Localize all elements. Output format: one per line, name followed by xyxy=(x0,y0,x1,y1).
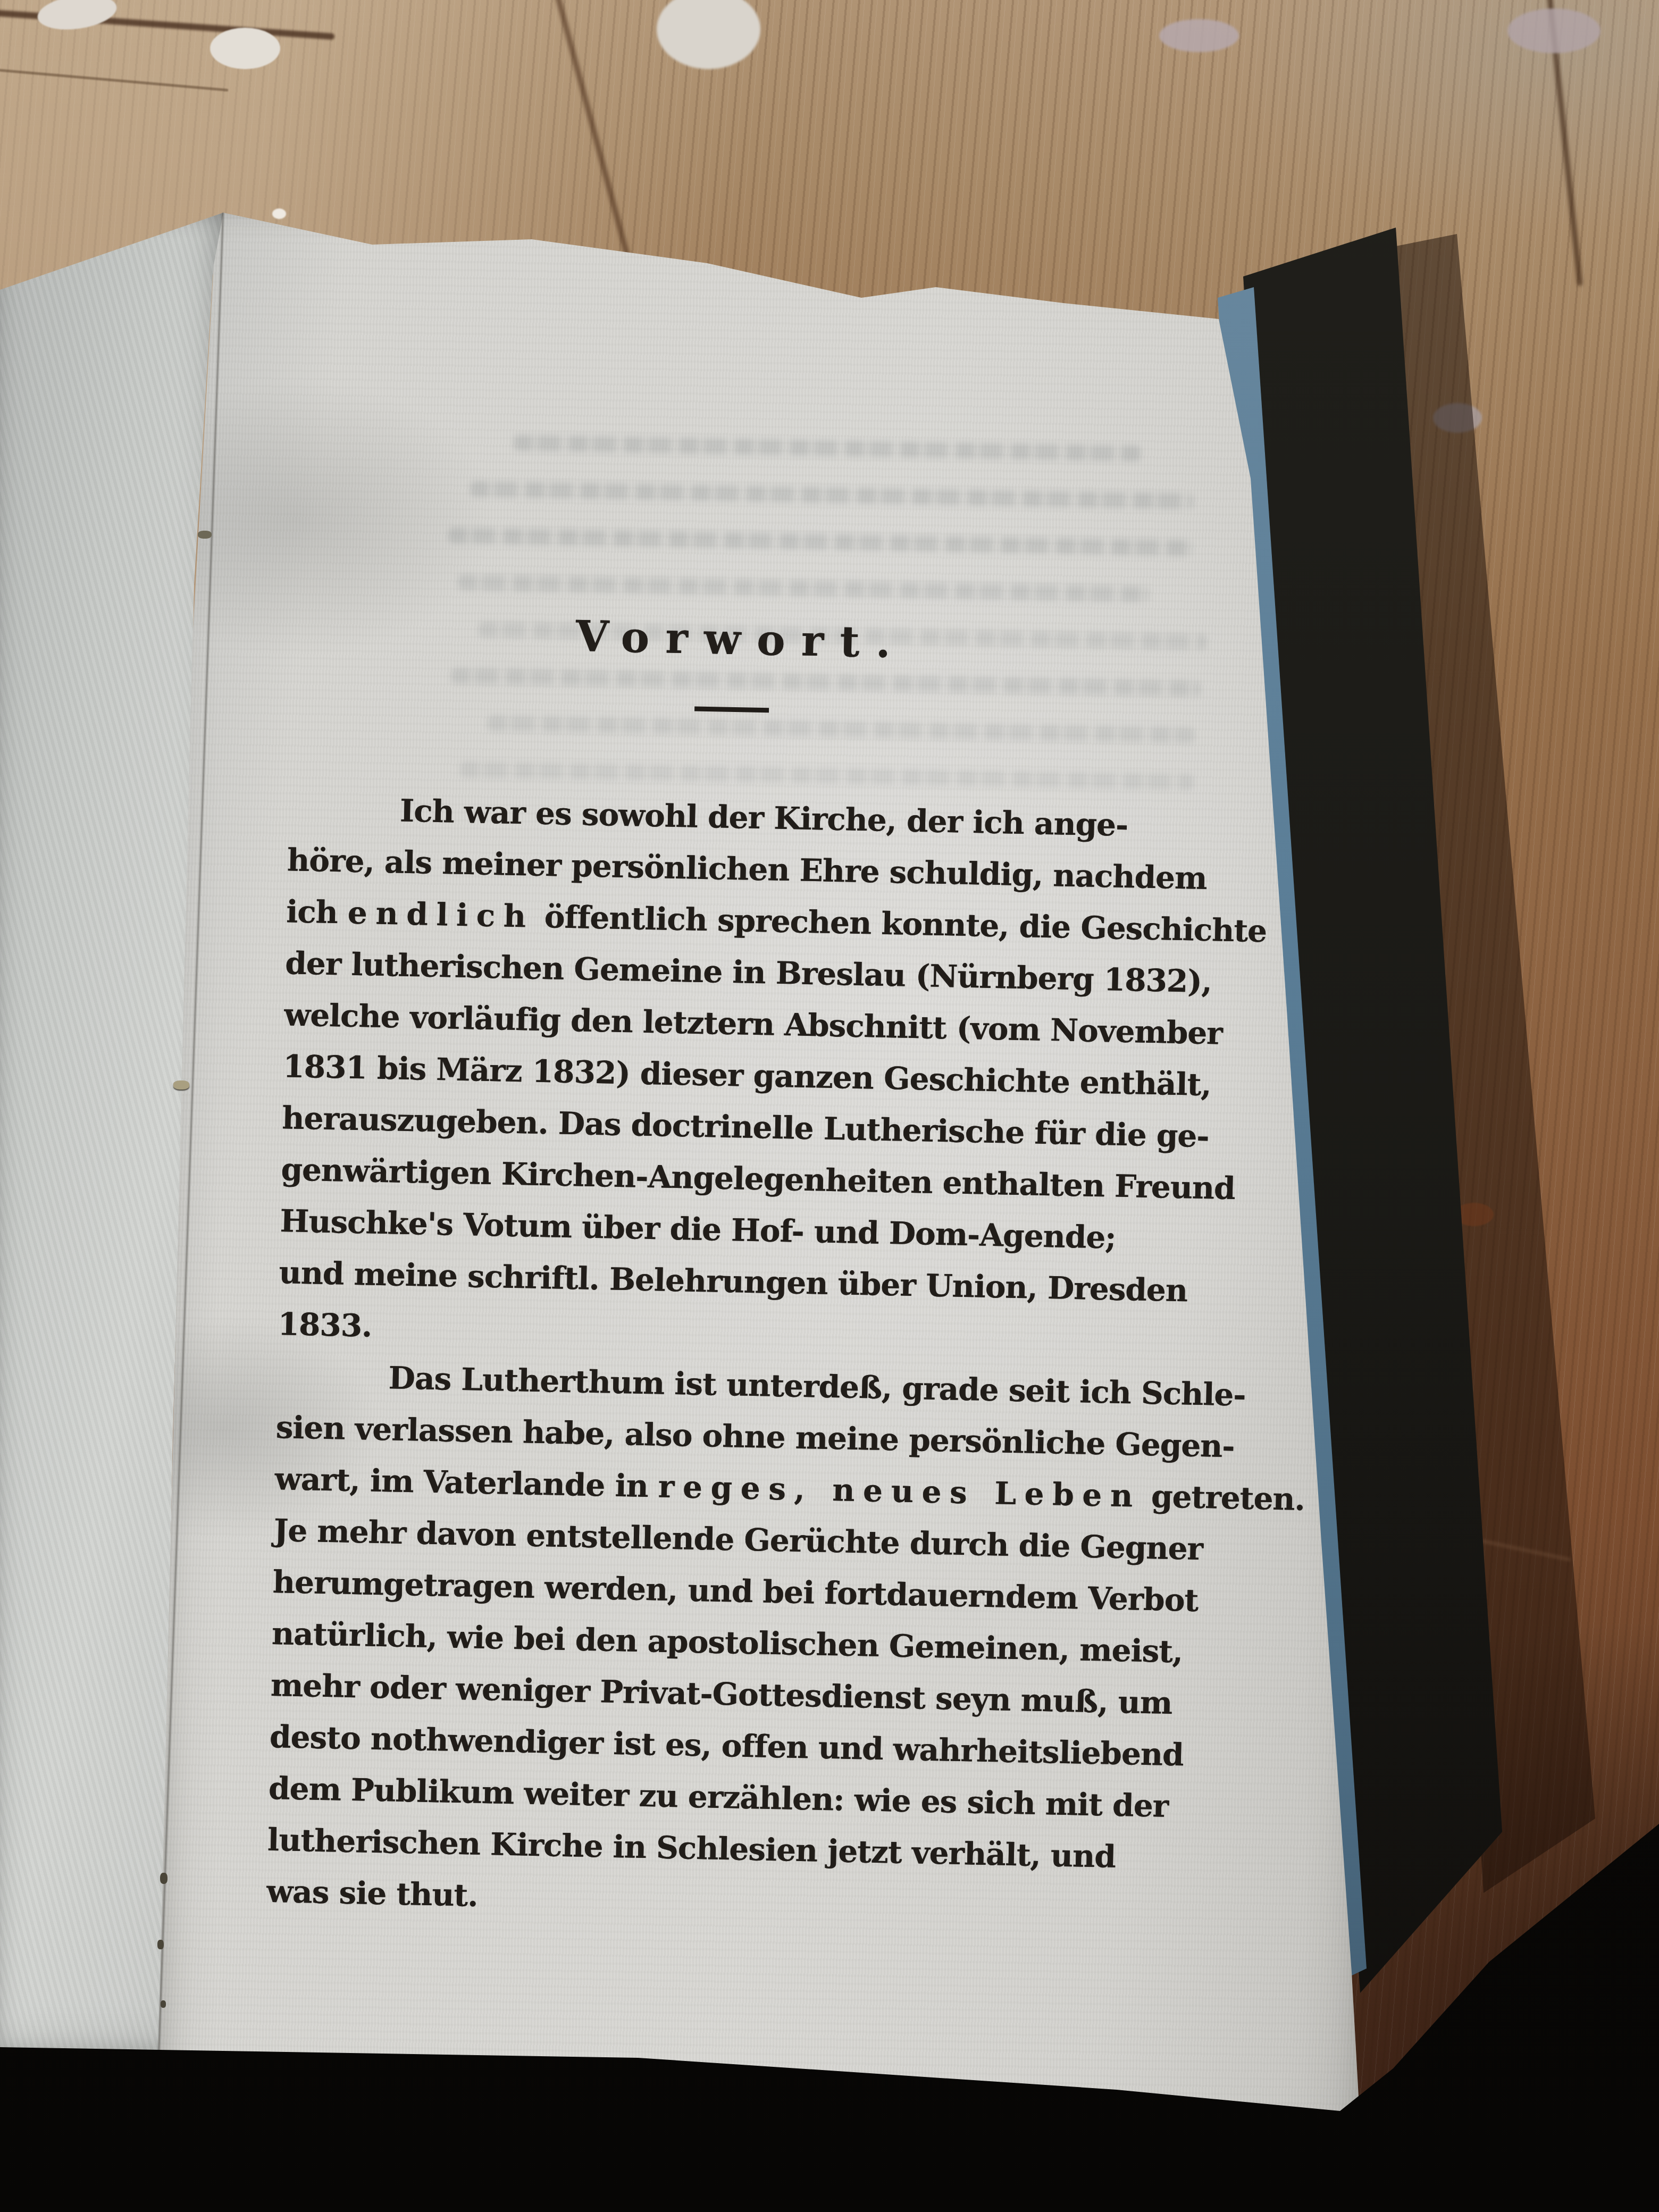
page-content: Vorwort. Ich war es sowohl der Kirche, d… xyxy=(266,597,1175,1935)
text-segment: wart, im Vaterlande in xyxy=(274,1461,658,1504)
ghost-line xyxy=(458,574,1149,602)
wood-crack xyxy=(0,69,228,91)
paint-splotch xyxy=(1159,19,1239,52)
paint-splotch xyxy=(35,0,119,34)
paint-splotch xyxy=(1507,9,1601,53)
ghost-line xyxy=(514,435,1141,462)
title-divider xyxy=(694,707,769,713)
binding-stitch xyxy=(157,1940,164,1949)
paint-splotch xyxy=(210,28,280,69)
binding-stitch xyxy=(160,1873,167,1884)
binding-stitch xyxy=(198,531,212,539)
book-page: Vorwort. Ich war es sowohl der Kirche, d… xyxy=(149,202,1372,2180)
text-segment: ich xyxy=(286,893,348,931)
emphasized-text: endlich xyxy=(347,895,534,935)
photo-scene: Vorwort. Ich war es sowohl der Kirche, d… xyxy=(0,0,1659,2212)
paint-splotch xyxy=(272,208,286,219)
ghost-line xyxy=(448,527,1193,556)
wood-plank-seam xyxy=(552,0,634,273)
text-segment: getreten. xyxy=(1141,1478,1305,1518)
paint-splotch xyxy=(657,0,760,69)
paragraph: Das Lutherthum ist unterdeß, grade seit … xyxy=(266,1350,1160,1935)
binding-stitch xyxy=(161,2000,166,2008)
text-segment: öffentlich sprechen konnte, die Geschich… xyxy=(534,899,1267,950)
paragraphs: Ich war es sowohl der Kirche, der ich an… xyxy=(266,783,1171,1935)
emphasized-text: reges, neues Leben xyxy=(658,1468,1141,1514)
binding-stitch xyxy=(173,1080,189,1090)
ghost-line xyxy=(470,481,1193,509)
paragraph: Ich war es sowohl der Kirche, der ich an… xyxy=(278,783,1171,1368)
